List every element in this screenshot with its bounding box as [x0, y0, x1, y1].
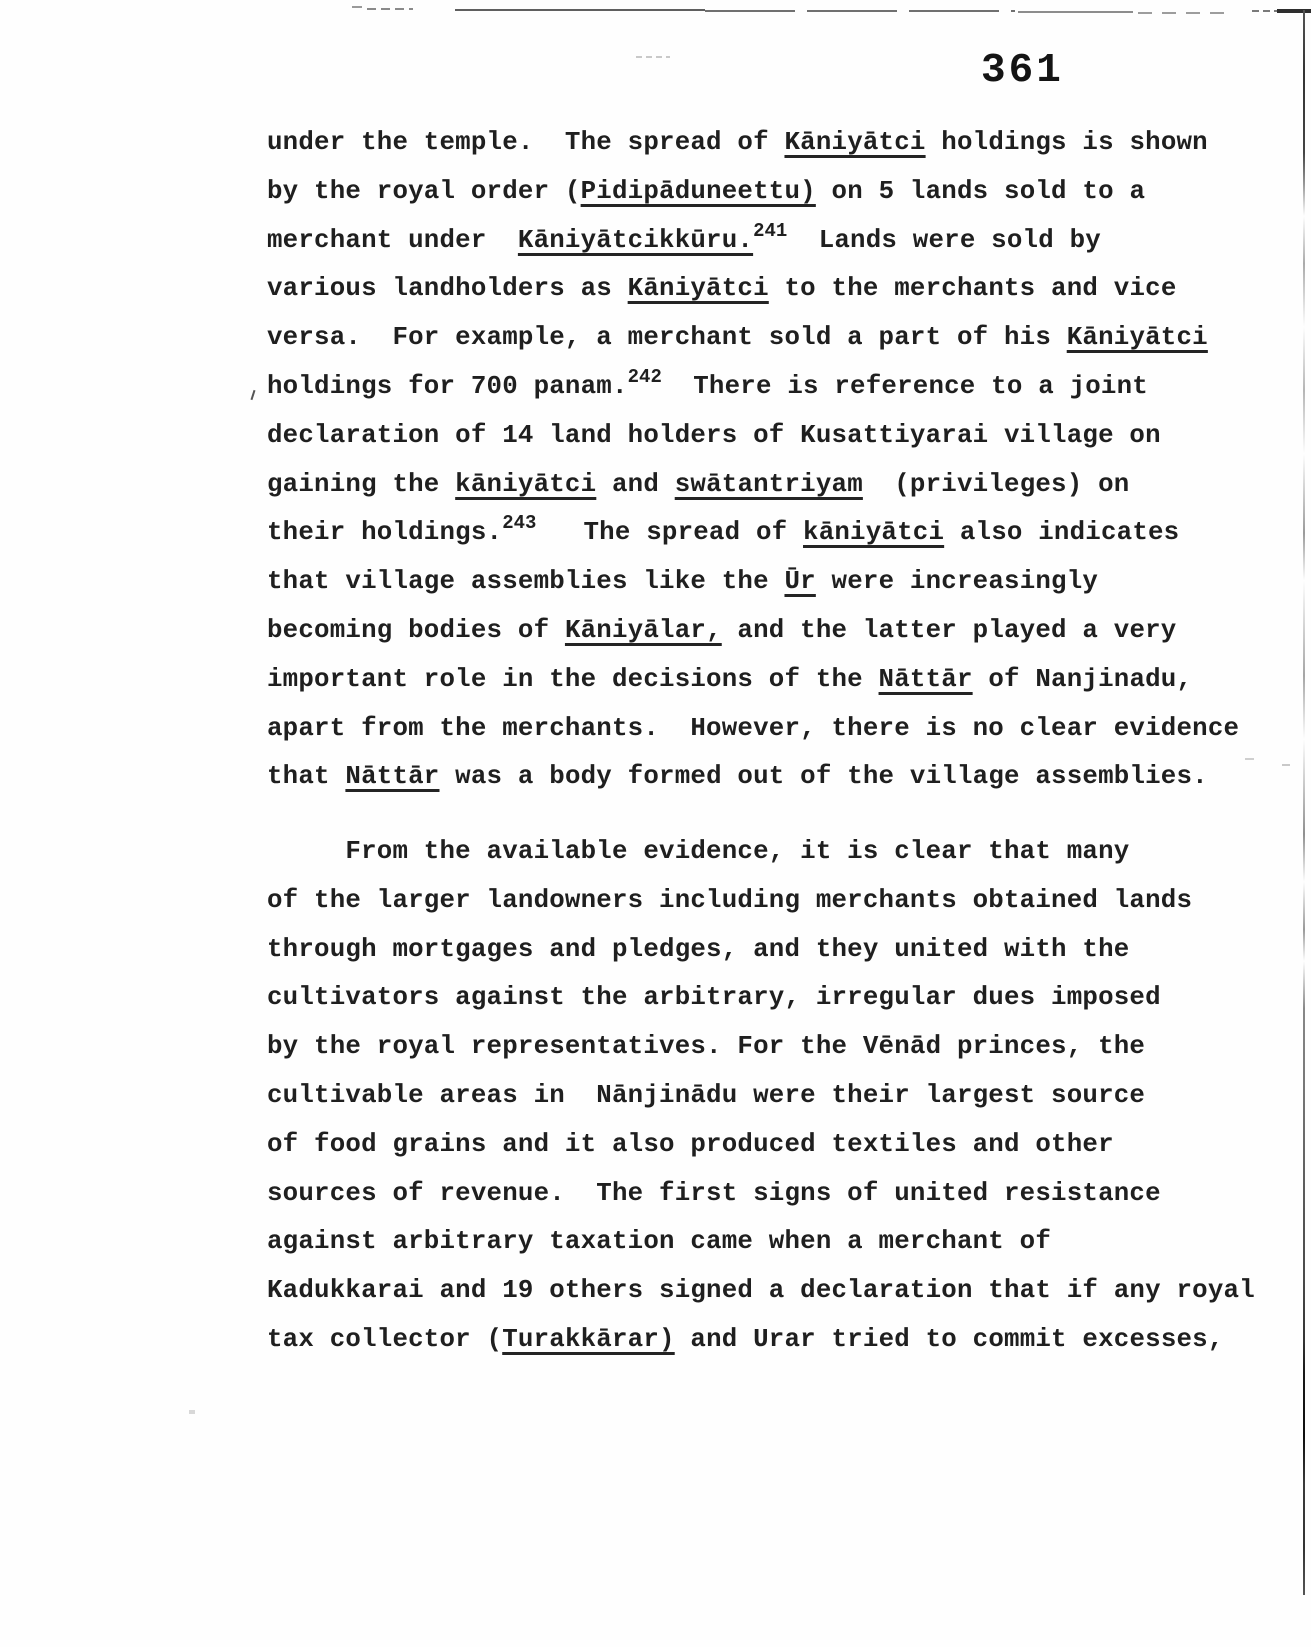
- text-run: on 5 lands sold to a: [816, 177, 1145, 206]
- text-run: holdings for 700 panam.: [267, 372, 628, 401]
- text-run: by the royal order (: [267, 177, 581, 206]
- underlined-term: Ūr: [784, 567, 815, 596]
- underlined-term: Nāttār: [879, 665, 973, 694]
- underlined-term: Turakkārar): [502, 1325, 675, 1354]
- text-run: their holdings.: [267, 518, 502, 547]
- text-line: under the temple. The spread of Kāniyātc…: [267, 119, 1267, 168]
- underlined-term: Kāniyātcikkūru.: [518, 226, 753, 255]
- text-run: against arbitrary taxation came when a m…: [267, 1227, 1051, 1256]
- text-line: becoming bodies of Kāniyālar, and the la…: [267, 607, 1267, 656]
- text-run: apart from the merchants. However, there…: [267, 714, 1239, 743]
- scan-artifact-stray-mark: [251, 390, 256, 400]
- underlined-term: Nāttār: [345, 762, 439, 791]
- text-line: that village assemblies like the Ūr were…: [267, 558, 1267, 607]
- text-line: against arbitrary taxation came when a m…: [267, 1218, 1267, 1267]
- text-run: to the merchants and vice: [769, 274, 1177, 303]
- underlined-term: Kāniyātci: [784, 128, 925, 157]
- text-line: cultivable areas in Nānjinādu were their…: [267, 1072, 1267, 1121]
- scan-artifact-speck: [636, 56, 670, 58]
- text-line: various landholders as Kāniyātci to the …: [267, 265, 1267, 314]
- footnote-ref: 243: [502, 512, 536, 534]
- text-line: their holdings.243 The spread of kāniyāt…: [267, 509, 1267, 558]
- text-run: also indicates: [944, 518, 1179, 547]
- text-run: cultivable areas in Nānjinādu were their…: [267, 1081, 1145, 1110]
- scan-artifact-top-line: [367, 8, 413, 10]
- underlined-term: Kāniyālar,: [565, 616, 722, 645]
- text-line: by the royal order (Pidipāduneettu) on 5…: [267, 168, 1267, 217]
- scan-artifact-top-line: [1138, 12, 1233, 14]
- text-run: and Urar tried to commit excesses,: [675, 1325, 1224, 1354]
- text-run: merchant under: [267, 226, 518, 255]
- underlined-term: Pidipāduneettu): [581, 177, 816, 206]
- text-line: through mortgages and pledges, and they …: [267, 926, 1267, 975]
- text-line: important role in the decisions of the N…: [267, 656, 1267, 705]
- text-run: tax collector (: [267, 1325, 502, 1354]
- text-run: was a body formed out of the village ass…: [440, 762, 1208, 791]
- underlined-term: Kāniyātci: [628, 274, 769, 303]
- scan-artifact-top-line: [1018, 11, 1133, 13]
- text-run: (privileges) on: [863, 470, 1130, 499]
- text-run: of food grains and it also produced text…: [267, 1130, 1114, 1159]
- document-page: 361 under the temple. The spread of Kāni…: [0, 0, 1311, 1647]
- text-line: apart from the merchants. However, there…: [267, 705, 1267, 754]
- text-run: of Nanjinadu,: [973, 665, 1193, 694]
- underlined-term: kāniyātci: [455, 470, 596, 499]
- text-run: declaration of 14 land holders of Kusatt…: [267, 421, 1161, 450]
- text-line: Kadukkarai and 19 others signed a declar…: [267, 1267, 1267, 1316]
- text-run: versa. For example, a merchant sold a pa…: [267, 323, 1067, 352]
- text-run: through mortgages and pledges, and they …: [267, 935, 1129, 964]
- text-line: sources of revenue. The first signs of u…: [267, 1170, 1267, 1219]
- scan-artifact-top-line: [352, 6, 362, 8]
- text-run: holdings is shown: [926, 128, 1208, 157]
- text-line: of food grains and it also produced text…: [267, 1121, 1267, 1170]
- text-line: of the larger landowners including merch…: [267, 877, 1267, 926]
- underlined-term: kāniyātci: [803, 518, 944, 547]
- text-line: From the available evidence, it is clear…: [267, 828, 1267, 877]
- text-line: that Nāttār was a body formed out of the…: [267, 753, 1267, 802]
- scan-artifact-top-line: [1252, 10, 1278, 12]
- text-run: From the available evidence, it is clear…: [267, 837, 1129, 866]
- text-run: There is reference to a joint: [662, 372, 1148, 401]
- text-line: holdings for 700 panam.242 There is refe…: [267, 363, 1267, 412]
- text-run: by the royal representatives. For the Vē…: [267, 1032, 1145, 1061]
- scan-artifact-speck: [189, 1410, 195, 1414]
- page-number: 361: [981, 48, 1064, 94]
- scan-artifact-top-line: [455, 9, 705, 11]
- scan-artifact-speck: [1282, 764, 1290, 766]
- scan-artifact-right-edge-line: [1303, 10, 1305, 1595]
- text-run: Kadukkarai and 19 others signed a declar…: [267, 1276, 1255, 1305]
- text-line: tax collector (Turakkārar) and Urar trie…: [267, 1316, 1267, 1365]
- text-line: merchant under Kāniyātcikkūru.241 Lands …: [267, 217, 1267, 266]
- text-run: and the latter played a very: [722, 616, 1177, 645]
- text-run: of the larger landowners including merch…: [267, 886, 1192, 915]
- text-run: under the temple. The spread of: [267, 128, 784, 157]
- paragraph: From the available evidence, it is clear…: [267, 828, 1267, 1365]
- text-run: gaining the: [267, 470, 455, 499]
- text-run: were increasingly: [816, 567, 1098, 596]
- text-line: declaration of 14 land holders of Kusatt…: [267, 412, 1267, 461]
- text-run: that village assemblies like the: [267, 567, 784, 596]
- text-line: by the royal representatives. For the Vē…: [267, 1023, 1267, 1072]
- text-line: gaining the kāniyātci and swātantriyam (…: [267, 461, 1267, 510]
- text-run: Lands were sold by: [787, 226, 1101, 255]
- text-run: various landholders as: [267, 274, 628, 303]
- footnote-ref: 241: [753, 220, 787, 242]
- text-run: becoming bodies of: [267, 616, 565, 645]
- underlined-term: Kāniyātci: [1067, 323, 1208, 352]
- text-run: and: [596, 470, 674, 499]
- text-run: cultivators against the arbitrary, irreg…: [267, 983, 1161, 1012]
- text-run: important role in the decisions of the: [267, 665, 879, 694]
- text-run: The spread of: [536, 518, 803, 547]
- footnote-ref: 242: [628, 366, 662, 388]
- scan-artifact-top-line: [1277, 9, 1311, 13]
- scan-artifact-top-line: [705, 10, 1015, 12]
- text-line: cultivators against the arbitrary, irreg…: [267, 974, 1267, 1023]
- text-run: sources of revenue. The first signs of u…: [267, 1179, 1161, 1208]
- paragraph: under the temple. The spread of Kāniyātc…: [267, 119, 1267, 802]
- text-line: versa. For example, a merchant sold a pa…: [267, 314, 1267, 363]
- underlined-term: swātantriyam: [675, 470, 863, 499]
- text-run: that: [267, 762, 345, 791]
